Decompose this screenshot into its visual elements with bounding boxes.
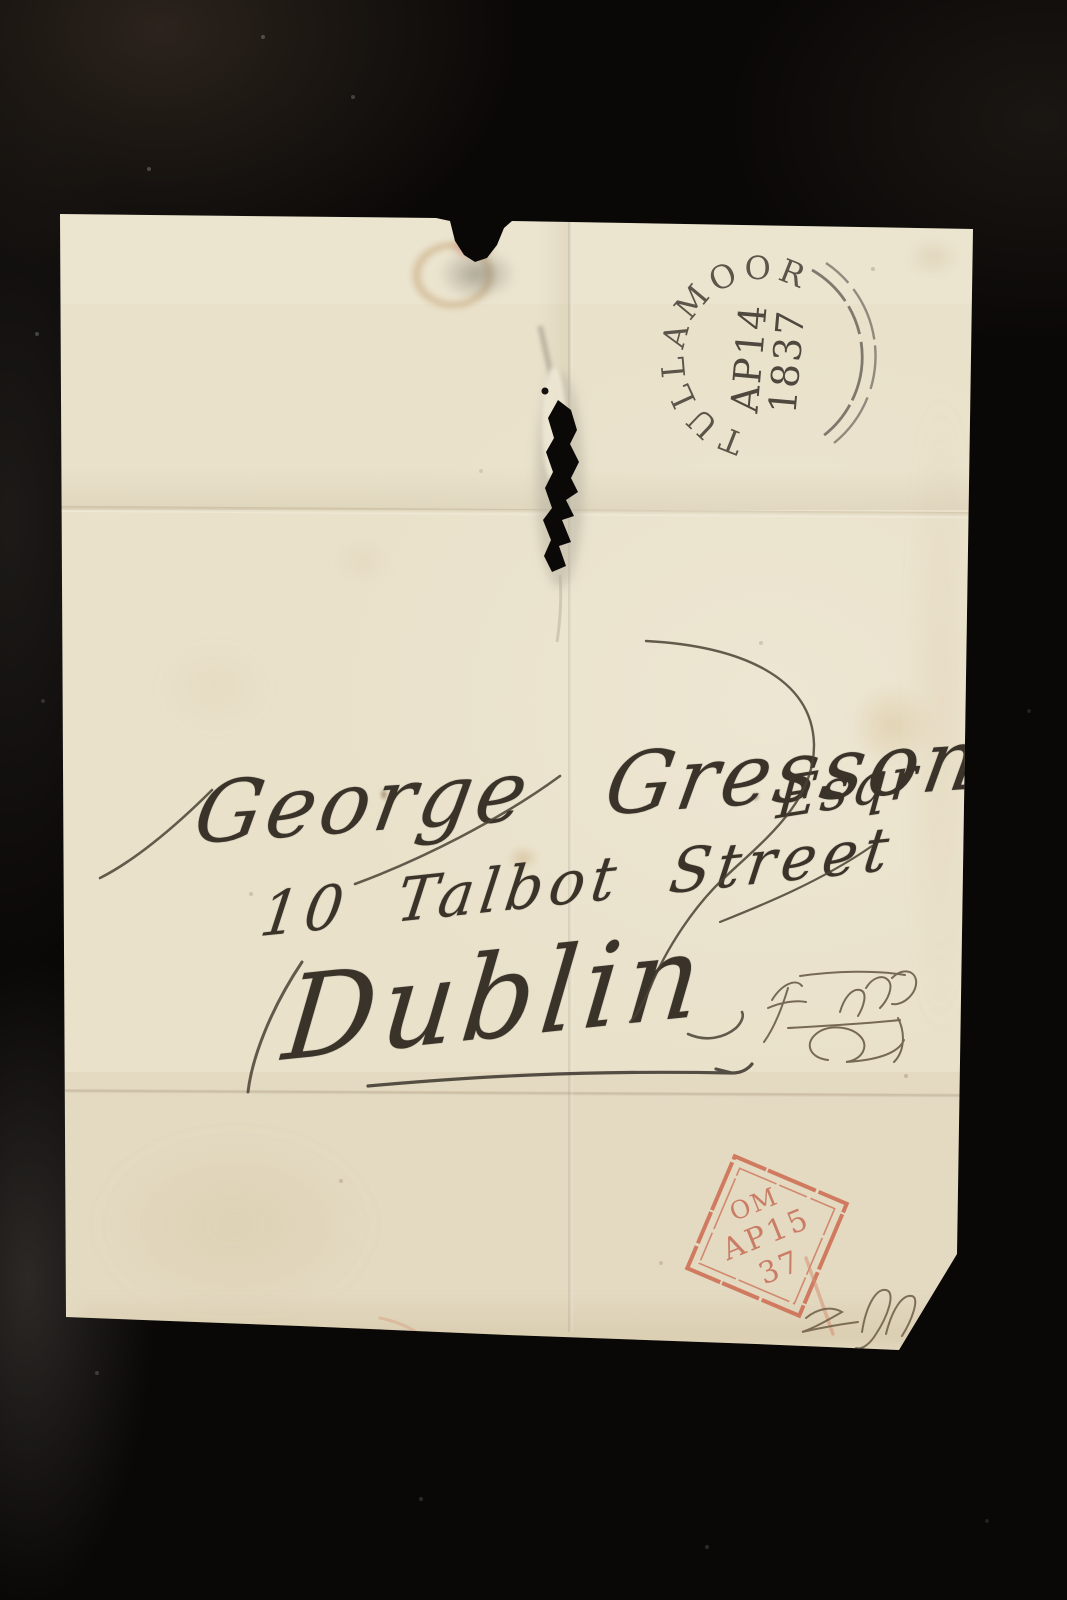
backdrop-dust-speckles	[0, 0, 2, 2]
letter-paper: George Gresson Esqr 10 Talbot Street Dub…	[0, 0, 1067, 1600]
paper-edge-shading	[0, 0, 1067, 1600]
pencil-squiggle	[648, 1344, 784, 1349]
photo-backdrop: George Gresson Esqr 10 Talbot Street Dub…	[0, 0, 1067, 1600]
